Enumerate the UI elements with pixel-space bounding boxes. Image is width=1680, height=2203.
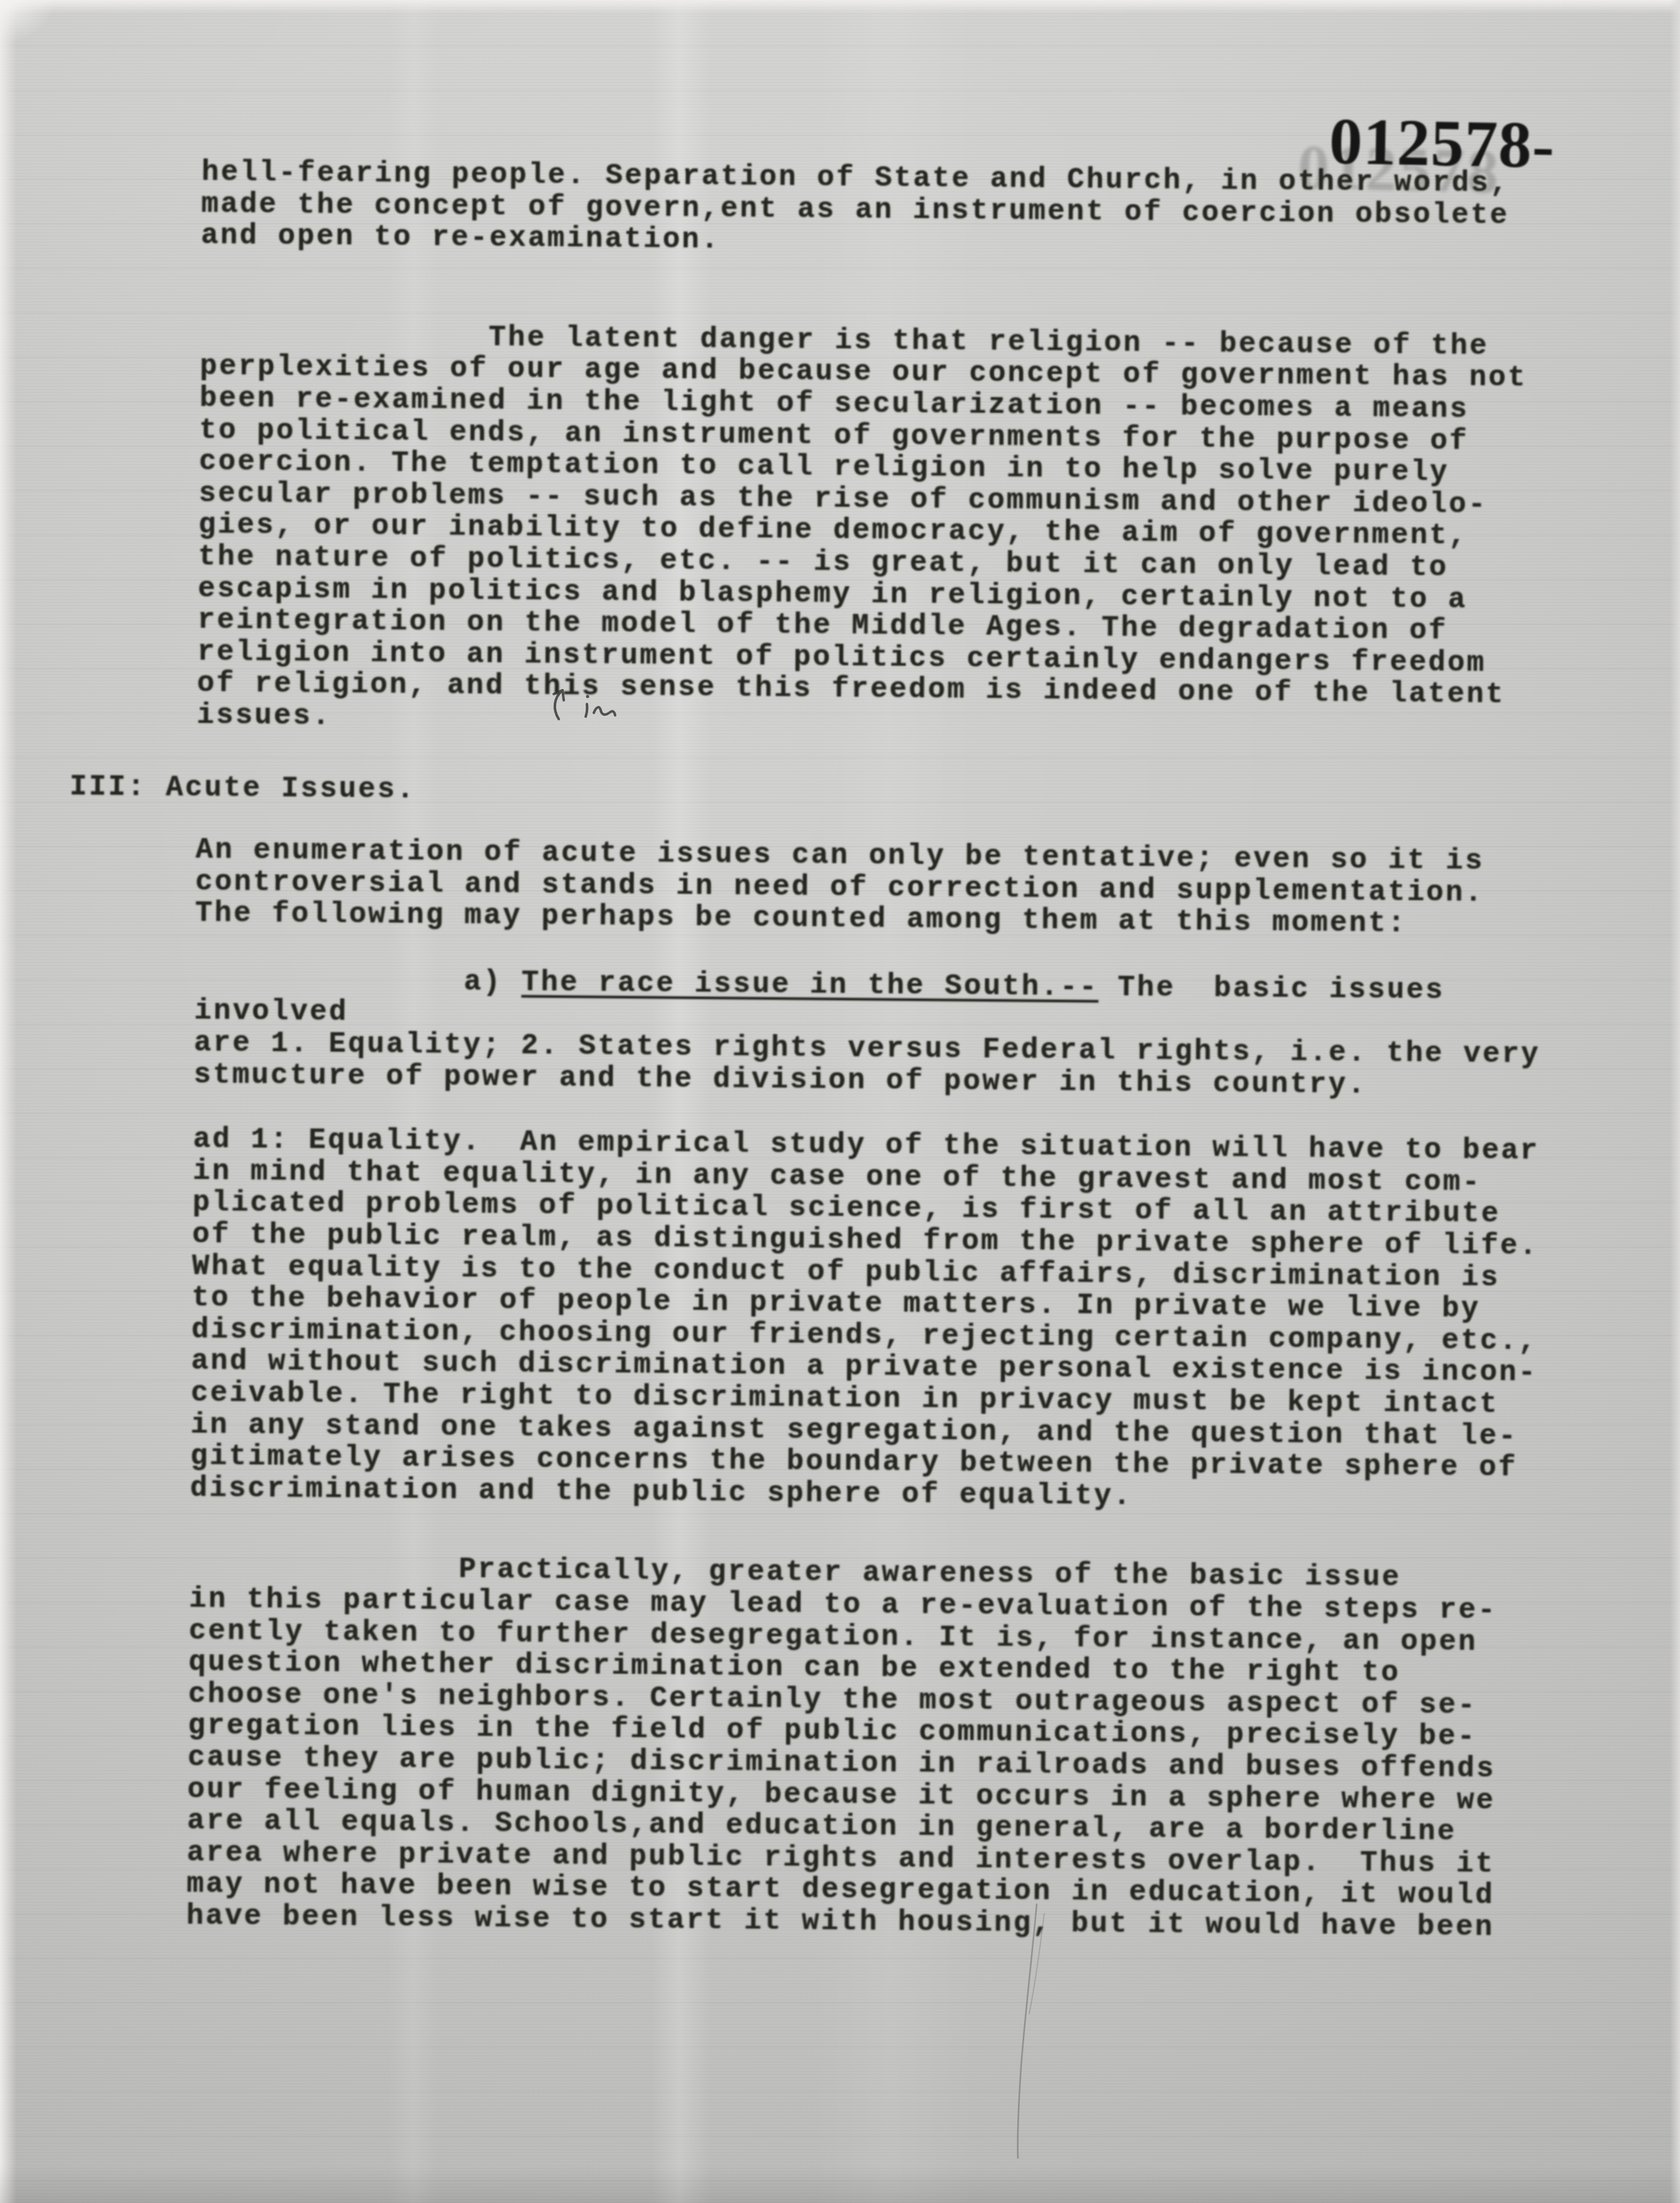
scanned-document-page: 012578 012578- hell-fearing people. Sepa… bbox=[0, 0, 1680, 2203]
scan-corner-highlight bbox=[0, 0, 56, 44]
race-issue-remaining-lines: are 1. Equality; 2. States rights versus… bbox=[194, 1027, 1572, 1102]
paragraph-race-issue: a) The race issue in the South.-- The ba… bbox=[194, 964, 1573, 1103]
paragraph-practically: Practically, greater awareness of the ba… bbox=[186, 1552, 1567, 1944]
paragraph-latent-danger: The latent danger is that religion -- be… bbox=[197, 319, 1579, 744]
scan-edge-top bbox=[0, 0, 1680, 14]
race-issue-lead: a) bbox=[194, 963, 521, 999]
scan-edge-right bbox=[1670, 0, 1680, 2203]
race-issue-underlined-title: The race issue in the South.-- bbox=[521, 966, 1099, 1003]
paragraph-continuation: hell-fearing people. Separation of State… bbox=[201, 157, 1580, 264]
paragraph-equality: ad 1: Equality. An empirical study of th… bbox=[190, 1124, 1571, 1516]
section-heading: III: Acute Issues. bbox=[70, 771, 1574, 816]
scan-edge-bottom bbox=[0, 2165, 1680, 2203]
document-text: hell-fearing people. Separation of State… bbox=[186, 157, 1580, 1944]
paragraph-enumeration: An enumeration of acute issues can only … bbox=[195, 834, 1574, 941]
scan-edge-left bbox=[0, 0, 16, 2203]
